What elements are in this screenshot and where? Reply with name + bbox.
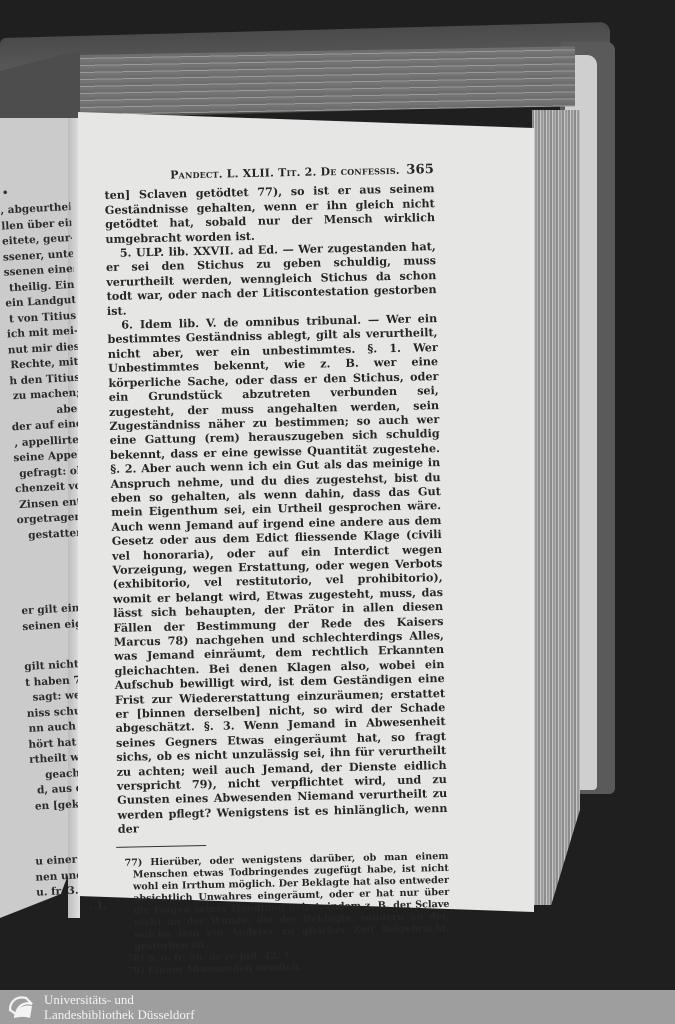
library-name-line1: Universitäts- und xyxy=(44,992,195,1007)
library-logo-icon xyxy=(6,992,36,1022)
paragraph: ten] Sclaven getödtet 77), so ist er aus… xyxy=(104,181,435,246)
paragraph: 5. ULP. lib. XXVII. ad Ed. — Wer zugesta… xyxy=(106,239,437,318)
body-text: ten] Sclaven getödtet 77), so ist er aus… xyxy=(104,181,448,836)
page-number: 365 xyxy=(406,163,434,178)
scan-background: • , abgeurtheil- llen über ein eitete, g… xyxy=(0,0,675,990)
footnote: 77) Hierüber, oder wenigstens darüber, o… xyxy=(118,851,450,954)
footnotes: 77) Hierüber, oder wenigstens darüber, o… xyxy=(118,851,450,978)
library-name: Universitäts- und Landesbibliothek Düsse… xyxy=(44,992,195,1022)
left-page-mark: • xyxy=(2,188,8,199)
library-footer-bar: Universitäts- und Landesbibliothek Düsse… xyxy=(0,990,675,1024)
page-edges-right xyxy=(532,110,580,905)
page-edges-top xyxy=(80,46,575,115)
library-name-line2: Landesbibliothek Düsseldorf xyxy=(44,1007,195,1022)
footnote-divider xyxy=(116,845,206,848)
right-page-content: Pandect. L. XLII. Tit. 2. De confessis. … xyxy=(104,163,451,978)
paragraph: 6. Idem lib. V. de omnibus tribunal. — W… xyxy=(107,311,448,836)
